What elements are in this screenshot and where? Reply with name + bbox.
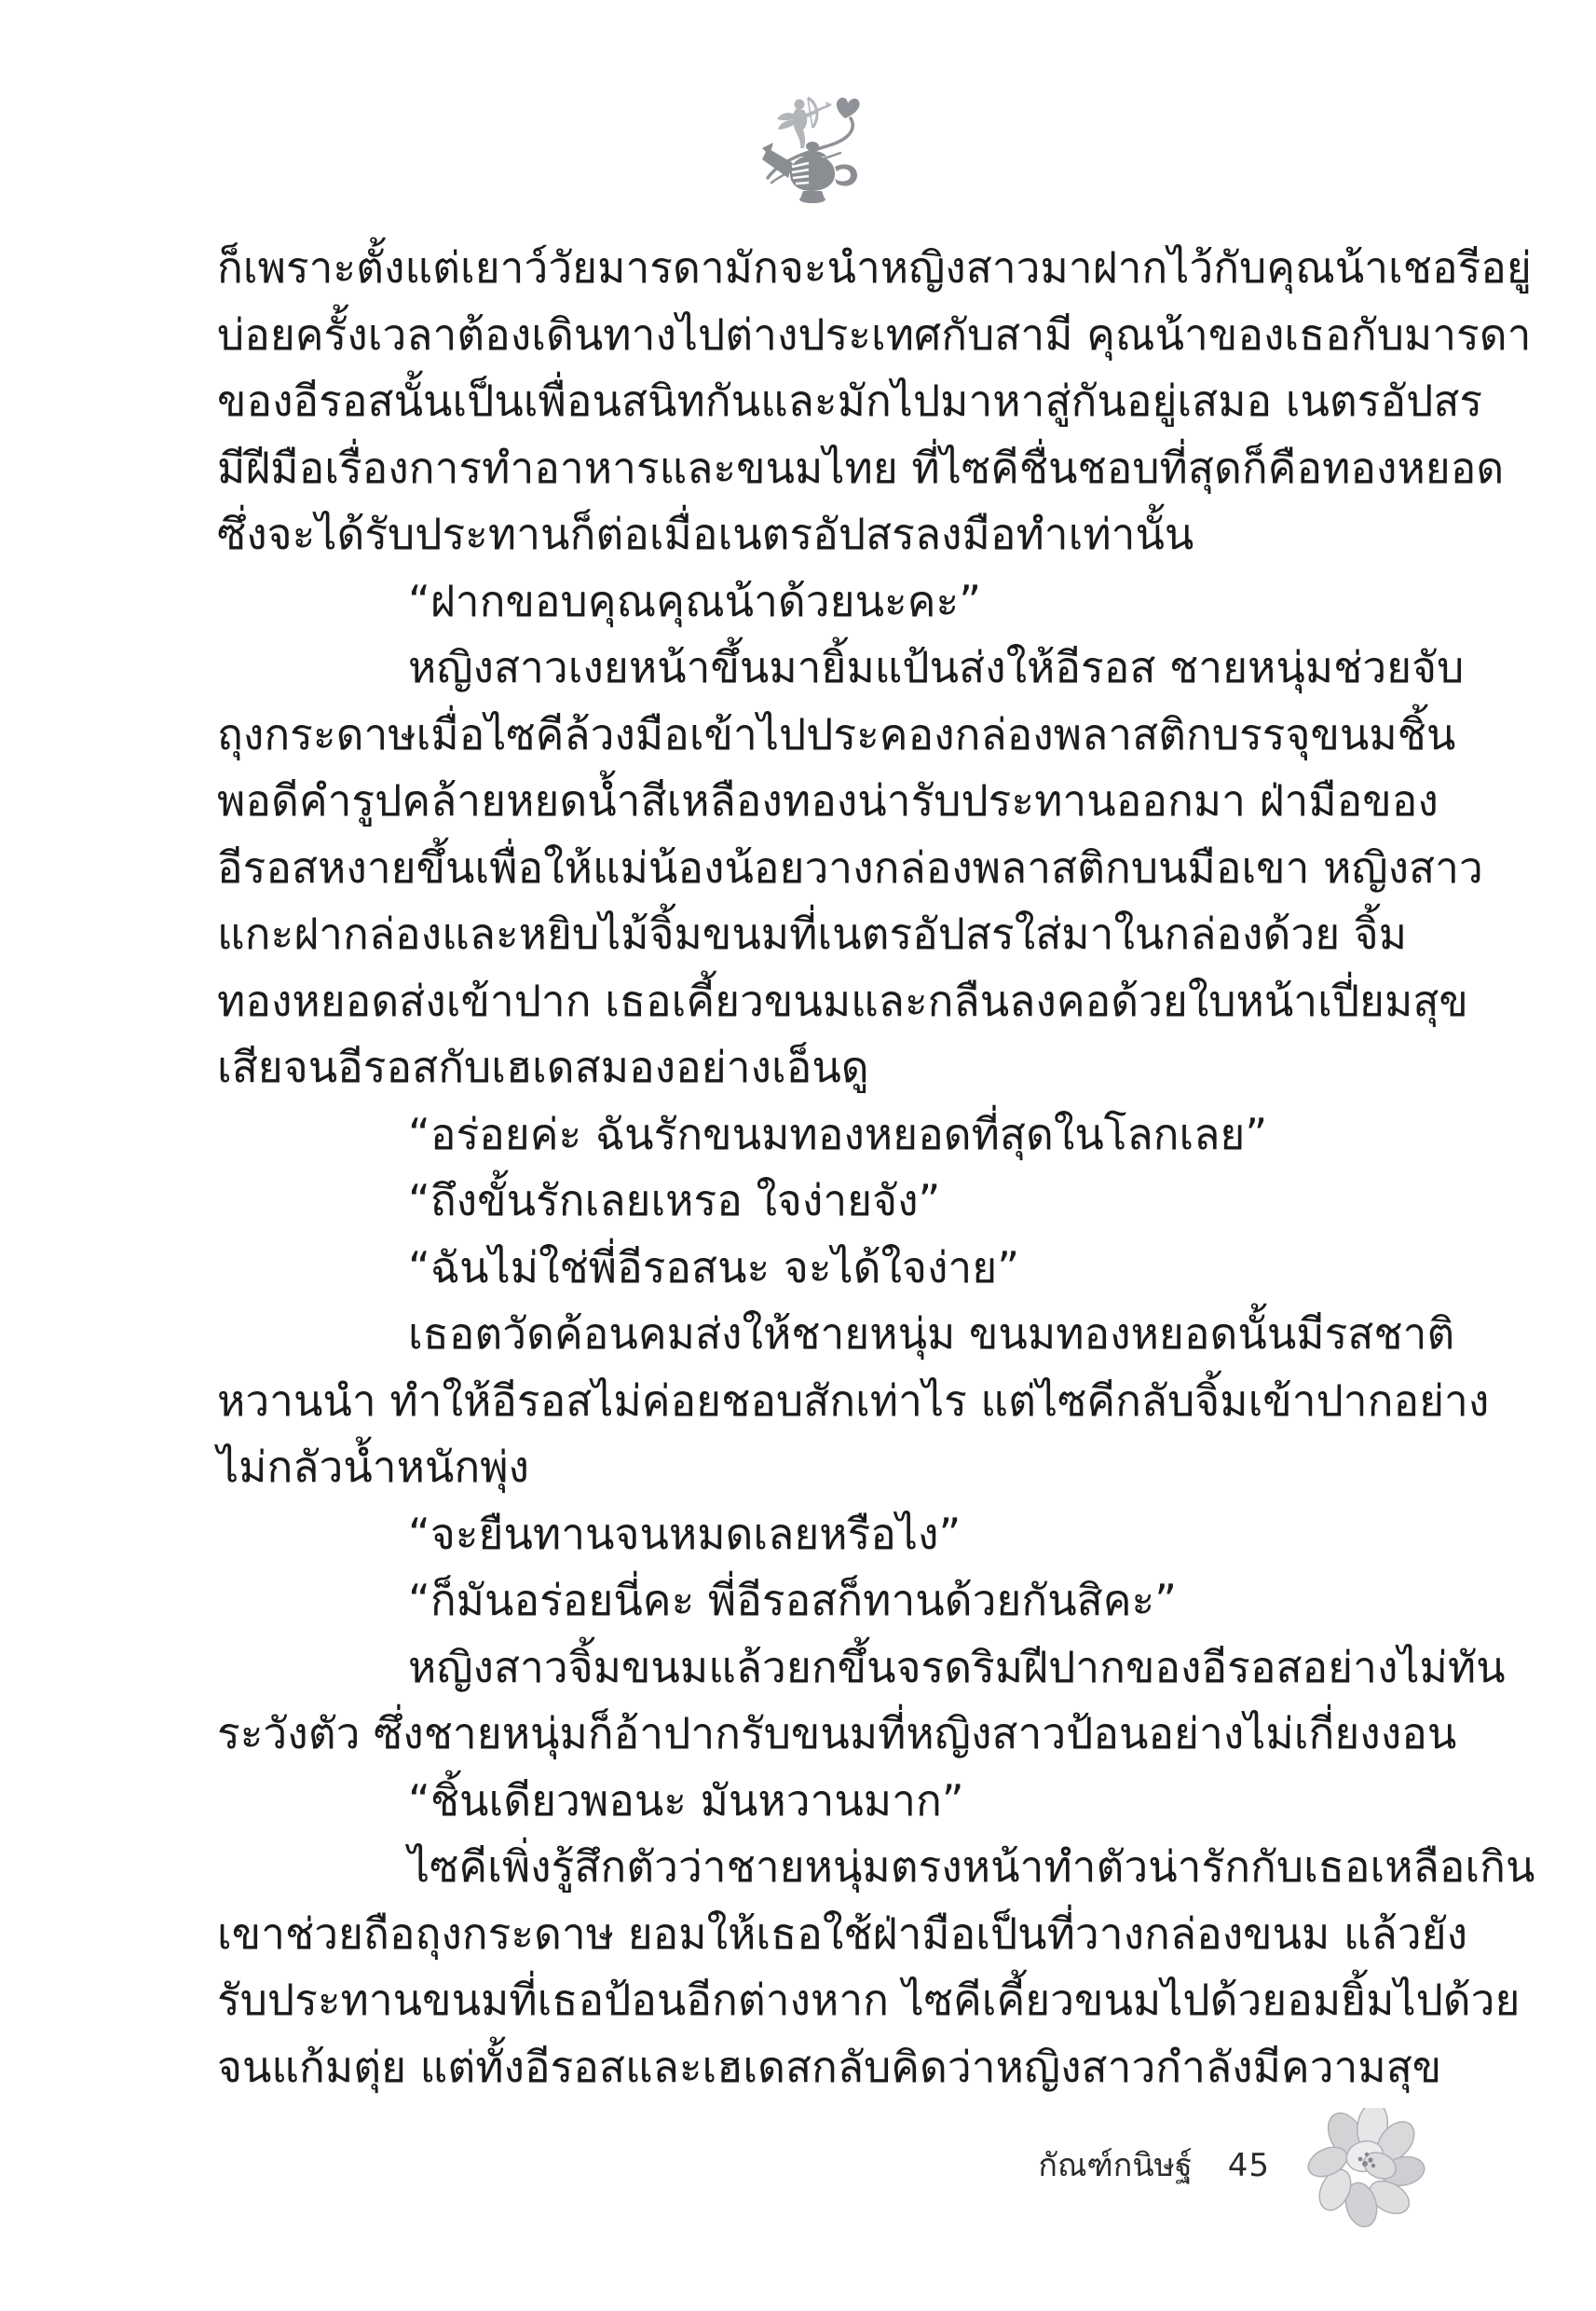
text-line: “ถึงขั้นรักเลยเหรอ ใจง่ายจัง” xyxy=(217,1168,1449,1235)
text-line: ระวังตัว ซึ่งชายหนุ่มก็อ้าปากรับขนมที่หญ… xyxy=(217,1701,1449,1768)
text-line: ของอีรอสนั้นเป็นเพื่อนสนิทกันและมักไปมาห… xyxy=(217,368,1449,435)
text-line: ไซคีเพิ่งรู้สึกตัวว่าชายหนุ่มตรงหน้าทำตั… xyxy=(217,1834,1449,1901)
text-line: “ฝากขอบคุณคุณน้าด้วยนะคะ” xyxy=(217,568,1449,636)
text-line: “ฉันไม่ใช่พี่อีรอสนะ จะได้ใจง่าย” xyxy=(217,1235,1449,1302)
text-line: ซึ่งจะได้รับประทานก็ต่อเมื่อเนตรอัปสรลงม… xyxy=(217,501,1449,568)
text-line: หวานนำ ทำให้อีรอสไม่ค่อยชอบสักเท่าไร แต่… xyxy=(217,1368,1449,1435)
text-line: เธอตวัดค้อนคมส่งให้ชายหนุ่ม ขนมทองหยอดนั… xyxy=(217,1301,1449,1368)
text-line: หญิงสาวจิ้มขนมแล้วยกขึ้นจรดริมฝีปากของอี… xyxy=(217,1634,1449,1702)
text-line: แกะฝากล่องและหยิบไม้จิ้มขนมที่เนตรอัปสรใ… xyxy=(217,901,1449,968)
text-line: เขาช่วยถือถุงกระดาษ ยอมให้เธอใช้ฝ่ามือเป… xyxy=(217,1901,1449,1968)
text-line: เสียจนอีรอสกับเฮเดสมองอย่างเอ็นดู xyxy=(217,1034,1449,1101)
text-line: บ่อยครั้งเวลาต้องเดินทางไปต่างประเทศกับส… xyxy=(217,302,1449,369)
footer-book-title: กัณฑ์กนิษฐ์ xyxy=(1038,2147,1192,2184)
text-line: ไม่กลัวน้ำหนักพุ่ง xyxy=(217,1434,1449,1501)
text-line: “อร่อยค่ะ ฉันรักขนมทองหยอดที่สุดในโลกเลย… xyxy=(217,1101,1449,1169)
body-text: ก็เพราะตั้งแต่เยาว์วัยมารดามักจะนำหญิงสา… xyxy=(217,235,1449,2100)
text-line: “ก็มันอร่อยนี่คะ พี่อีรอสก็ทานด้วยกันสิค… xyxy=(217,1567,1449,1634)
text-line: พอดีคำรูปคล้ายหยดน้ำสีเหลืองทองน่ารับประ… xyxy=(217,768,1449,835)
text-line: ถุงกระดาษเมื่อไซคีล้วงมือเข้าไปประคองกล่… xyxy=(217,702,1449,769)
book-page: ก็เพราะตั้งแต่เยาว์วัยมารดามักจะนำหญิงสา… xyxy=(0,0,1596,2311)
text-line: “จะยืนทานจนหมดเลยหรือไง” xyxy=(217,1501,1449,1568)
text-line: “ชิ้นเดียวพอนะ มันหวานมาก” xyxy=(217,1768,1449,1835)
text-line: รับประทานขนมที่เธอป้อนอีกต่างหาก ไซคีเคี… xyxy=(217,1967,1449,2034)
text-line: ทองหยอดส่งเข้าปาก เธอเคี้ยวขนมและกลืนลงค… xyxy=(217,968,1449,1035)
cupid-genie-lamp-icon xyxy=(755,89,880,214)
text-line: มีฝีมือเรื่องการทำอาหารและขนมไทย ที่ไซคี… xyxy=(217,435,1449,502)
text-line: หญิงสาวเงยหน้าขึ้นมายิ้มแป้นส่งให้อีรอส … xyxy=(217,635,1449,702)
text-line: อีรอสหงายขึ้นเพื่อให้แม่น้องน้อยวางกล่อง… xyxy=(217,835,1449,902)
page-number: 45 xyxy=(1228,2147,1270,2184)
magnolia-flower-icon xyxy=(1307,2108,1428,2234)
text-line: ก็เพราะตั้งแต่เยาว์วัยมารดามักจะนำหญิงสา… xyxy=(217,235,1449,302)
text-line: จนแก้มตุ่ย แต่ทั้งอีรอสและเฮเดสกลับคิดว่… xyxy=(217,2034,1449,2101)
page-footer: กัณฑ์กนิษฐ์45 xyxy=(1038,2140,1270,2190)
